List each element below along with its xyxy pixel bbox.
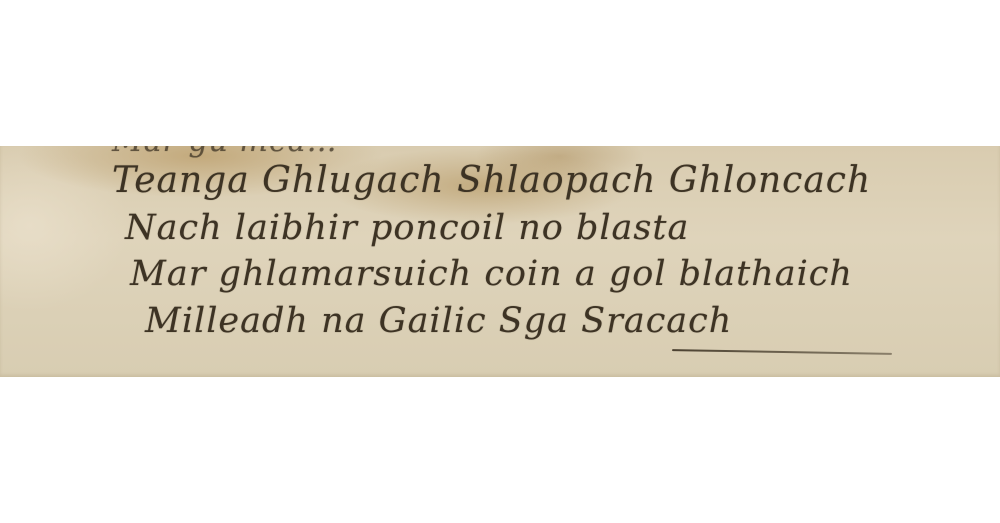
manuscript-line-cut-off: Mar gu méa…: [112, 146, 338, 159]
manuscript-line-2: Nach laibhir poncoil no blasta: [125, 208, 689, 248]
ink-underline: [672, 349, 892, 355]
manuscript-line-4: Milleadh na Gailic Sga Sracach: [145, 301, 732, 341]
manuscript-strip: Mar gu méa… Teanga Ghlugach Shlaopach Gh…: [0, 146, 1000, 377]
manuscript-line-1: Teanga Ghlugach Shlaopach Ghloncach: [112, 160, 871, 201]
manuscript-line-3: Mar ghlamarsuich coin a gol blathaich: [130, 254, 853, 294]
